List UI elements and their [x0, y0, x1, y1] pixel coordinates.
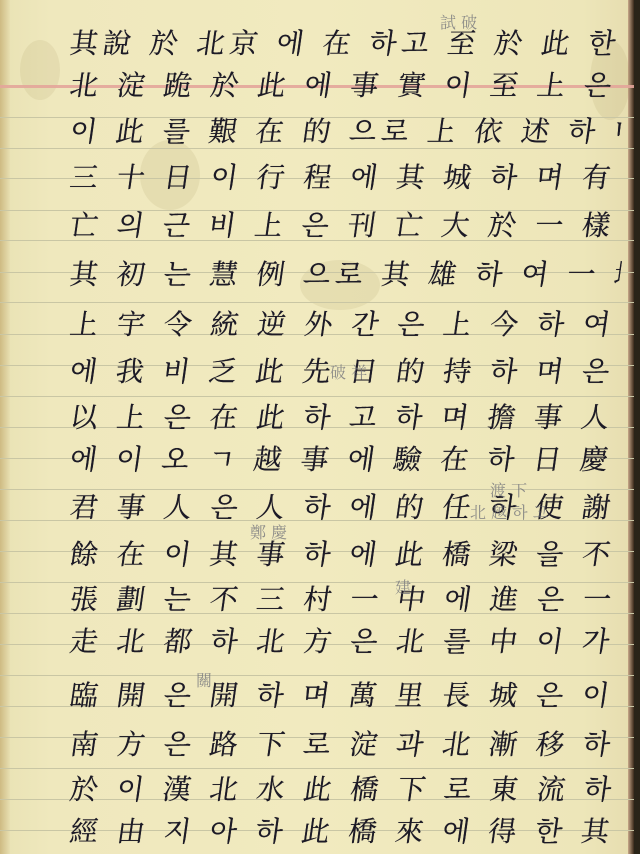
ruled-line	[0, 396, 634, 397]
text-line-16: 南 方 은 路 下 로 淀 과 北 漸 移 하 고 中 間 은 平	[67, 725, 623, 765]
text-line-9: 以 上 은 在 此 하 고 하 며 擔 事 人 은 山 鳳 橋	[67, 398, 623, 438]
ruled-line	[0, 768, 634, 769]
text-line-12: 餘 在 이 其 事 하 에 此 橋 梁 을 不 渡 하 니 外 에 在 하 고	[67, 535, 623, 575]
manuscript-page: 其說 於 北京 에 在 하고 至 於 此 한 지 記 曰 獨 勢 勝 北 淀 跪…	[0, 0, 634, 854]
text-line-4: 三 十 日 이 行 程 에 其 城 하 며 有 이 大 明 의 人 이 山 人 …	[67, 158, 623, 198]
pencil-annotation: 關	[196, 668, 212, 691]
text-line-15: 臨 開 은 開 하 며 萬 里 長 城 은 이 근 이 있 고	[67, 676, 623, 716]
text-line-5: 亡 의 근 비 上 은 刊 亡 大 於 一 樣 으로 群 服 이	[67, 206, 623, 246]
text-line-6: 其 初 는 慧 例 으로 其 雄 하 여 一 地 頭 이 근 으	[67, 255, 623, 295]
text-line-3: 이 此 를 艱 在 的 으로 上 依 述 하 며 在 於 함 이 不 過	[67, 112, 623, 152]
pencil-annotation: 試 破	[440, 10, 477, 33]
text-line-17: 於 이 漢 北 水 此 橋 下 로 東 流 하 는 此 橋 로	[67, 770, 623, 810]
pencil-annotation: 鄭 慶	[250, 520, 287, 543]
pencil-annotation: 渡 下	[490, 478, 527, 501]
pencil-annotation: 建	[395, 575, 411, 598]
text-line-14: 走 北 都 하 北 方 은 北 를 中 이 가 山 脈 이 나 지 와	[67, 622, 623, 662]
text-line-10: 에 이 오 ㄱ 越 事 에 驗 在 하 日 慶 出 으로 補 助	[67, 440, 623, 480]
text-line-1: 其說 於 北京 에 在 하고 至 於 此 한 지 記 曰 獨 勢 勝	[67, 24, 623, 64]
text-line-7: 上 宇 令 統 逆 外 간 은 上 今 하 여 下 光 이 近 來 執	[67, 305, 623, 345]
text-line-18: 經 由 지 아 하 此 橋 來 에 得 한 其 此 는 하 北	[67, 812, 623, 852]
ruled-line	[0, 302, 634, 303]
text-line-13: 張 劃 는 不 三 村 一 中 에 進 은 一 바 나 지 며 此 處	[67, 580, 623, 620]
pencil-annotation: 北 越 하 고	[470, 500, 548, 523]
text-line-2: 北 淀 跪 於 此 에 事 實 이 至 上 은 拜 捕 服	[67, 66, 623, 106]
paper-stain	[20, 40, 60, 100]
pencil-annotation: 破 祥	[330, 360, 367, 383]
